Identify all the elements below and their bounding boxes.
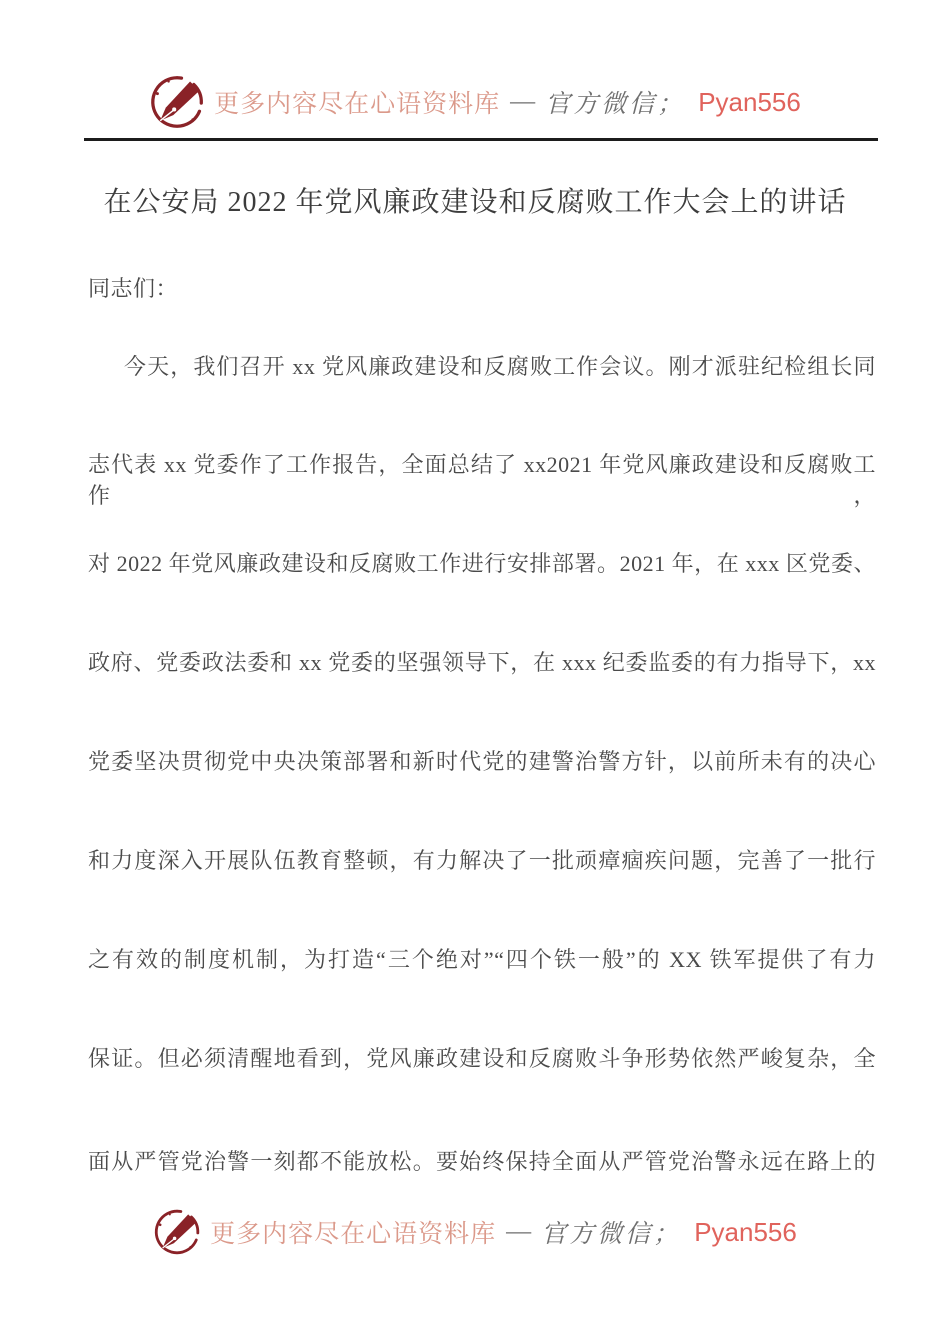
pen-seal-logo-icon xyxy=(149,73,205,131)
body-line: 面从严管党治警一刻都不能放松。要始终保持全面从严管党治警永远在路上的 xyxy=(88,1145,876,1176)
footer-brand-text: 更多内容尽在心语资料库 xyxy=(210,1214,496,1250)
body-line: 政府、党委政法委和 xx 党委的坚强领导下，在 xxx 纪委监委的有力指导下，x… xyxy=(88,646,876,677)
header-wechat-id: Pyan556 xyxy=(698,87,801,118)
document-page: 更多内容尽在心语资料库—官方微信；Pyan556 在公安局 2022 年党风廉政… xyxy=(0,0,950,1344)
body-line: 对 2022 年党风廉政建设和反腐败工作进行安排部署。2021 年，在 xxx … xyxy=(88,547,876,578)
body-line: 党委坚决贯彻党中央决策部署和新时代党的建警治警方针，以前所未有的决心 xyxy=(88,745,876,776)
header-divider-rule xyxy=(84,138,878,141)
body-line: 今天，我们召开 xx 党风廉政建设和反腐败工作会议。刚才派驻纪检组长同 xyxy=(88,350,876,381)
body-line-salutation: 同志们： xyxy=(88,272,876,303)
body-line: 和力度深入开展队伍教育整顿，有力解决了一批顽瘴痼疾问题，完善了一批行 xyxy=(88,844,876,875)
footer-separator: — xyxy=(506,1218,531,1246)
document-title: 在公安局 2022 年党风廉政建设和反腐败工作大会上的讲话 xyxy=(0,180,950,220)
body-line: 保证。但必须清醒地看到，党风廉政建设和反腐败斗争形势依然严峻复杂，全 xyxy=(88,1042,876,1073)
footer-wechat-label: 官方微信； xyxy=(541,1214,681,1250)
pen-seal-logo-icon xyxy=(153,1207,201,1257)
body-line: 之有效的制度机制，为打造“三个绝对”“四个铁一般”的 XX 铁军提供了有力 xyxy=(88,943,876,974)
header-brand-bar: 更多内容尽在心语资料库—官方微信；Pyan556 xyxy=(0,70,950,134)
header-wechat-label: 官方微信； xyxy=(545,84,685,120)
footer-brand-bar: 更多内容尽在心语资料库—官方微信；Pyan556 xyxy=(0,1202,950,1262)
header-separator: — xyxy=(510,88,535,116)
body-line: 志代表 xx 党委作了工作报告，全面总结了 xx2021 年党风廉政建设和反腐败… xyxy=(88,448,876,510)
footer-wechat-id: Pyan556 xyxy=(694,1217,797,1248)
header-brand-text: 更多内容尽在心语资料库 xyxy=(214,84,500,120)
